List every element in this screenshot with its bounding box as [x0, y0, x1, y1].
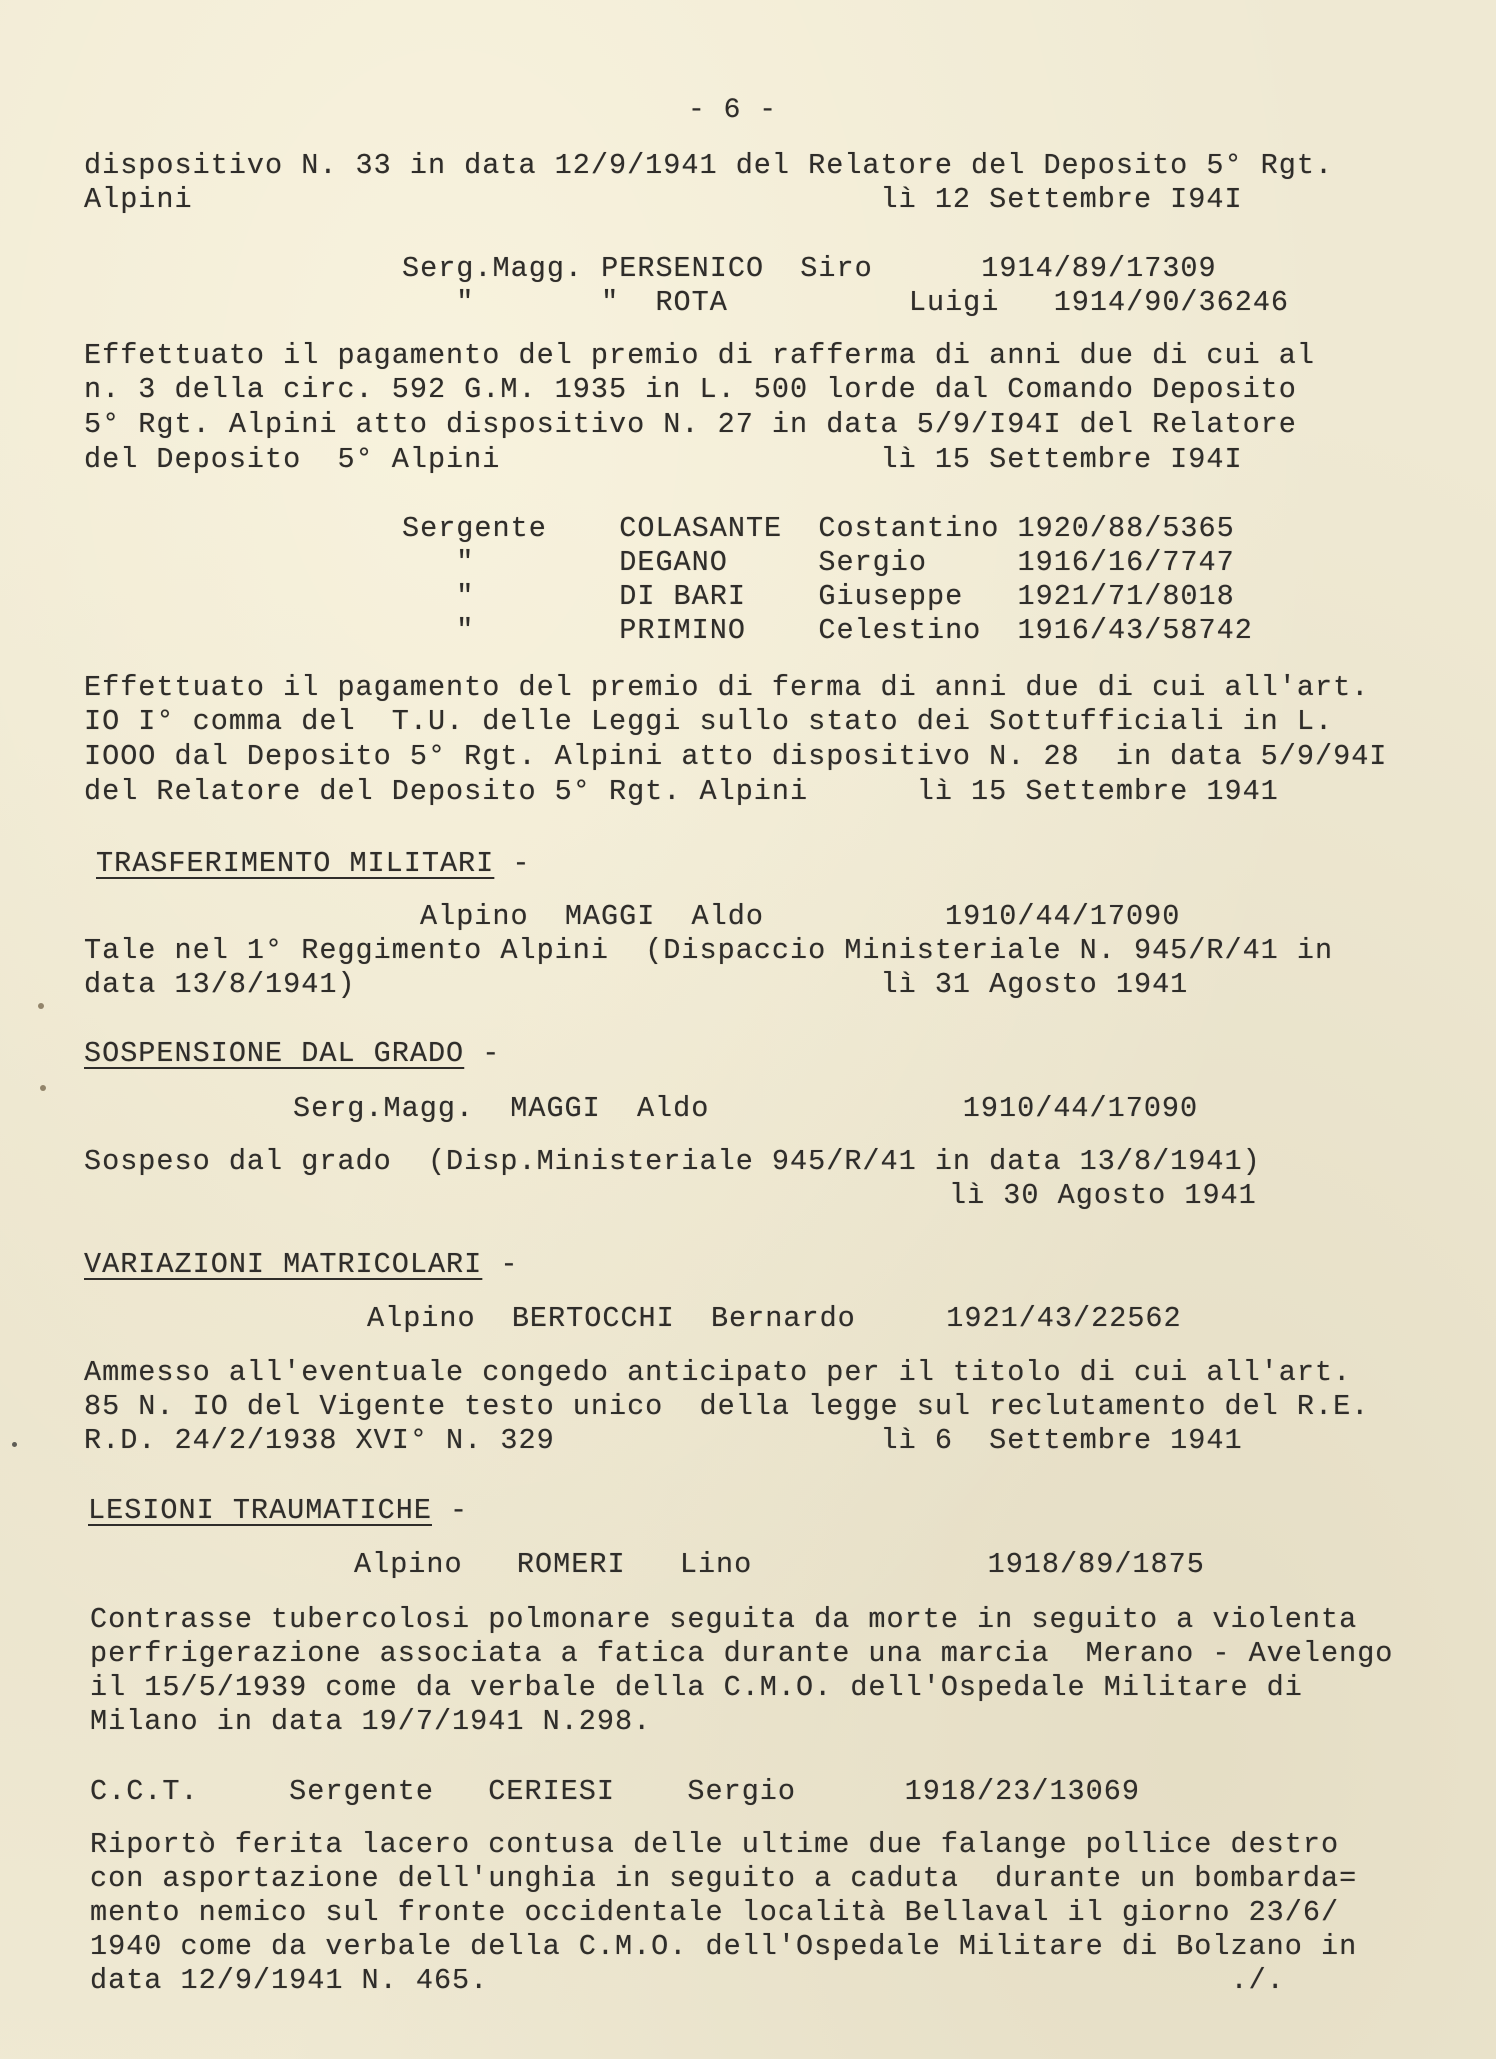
section-heading-sospensione: SOSPENSIONE DAL GRADO -: [84, 1037, 500, 1071]
heading-text: VARIAZIONI MATRICOLARI: [84, 1248, 482, 1281]
text-line: Effettuato il pagamento del premio di ra…: [84, 339, 1315, 373]
text-line: Ammesso all'eventuale congedo anticipato…: [84, 1356, 1351, 1390]
personnel-row: " " ROTA Luigi 1914/90/36246: [402, 286, 1289, 320]
text-line: del Deposito 5° Alpini lì 15 Settembre I…: [84, 443, 1243, 477]
text-line: Effettuato il pagamento del premio di fe…: [84, 671, 1369, 705]
text-line: del Relatore del Deposito 5° Rgt. Alpini…: [84, 775, 1279, 809]
text-line: perfrigerazione associata a fatica duran…: [90, 1637, 1393, 1671]
personnel-row: Alpino MAGGI Aldo 1910/44/17090: [420, 900, 1180, 934]
heading-text: SOSPENSIONE DAL GRADO: [84, 1037, 464, 1070]
personnel-row: Sergente COLASANTE Costantino 1920/88/53…: [402, 512, 1235, 546]
text-line: IO I° comma del T.U. delle Leggi sullo s…: [84, 705, 1333, 739]
personnel-row: Serg.Magg. PERSENICO Siro 1914/89/17309: [402, 252, 1217, 286]
text-line: Milano in data 19/7/1941 N.298.: [90, 1705, 651, 1739]
heading-dash: -: [482, 1248, 518, 1281]
heading-dash: -: [432, 1494, 468, 1527]
text-line: Contrasse tubercolosi polmonare seguita …: [90, 1603, 1357, 1637]
section-heading-variazioni: VARIAZIONI MATRICOLARI -: [84, 1248, 518, 1282]
text-line: dispositivo N. 33 in data 12/9/1941 del …: [84, 149, 1333, 183]
text-line: n. 3 della circ. 592 G.M. 1935 in L. 500…: [84, 373, 1297, 407]
text-line: mento nemico sul fronte occidentale loca…: [90, 1896, 1339, 1930]
text-line: con asportazione dell'unghia in seguito …: [90, 1862, 1357, 1896]
text-line: data 12/9/1941 N. 465. ./.: [90, 1964, 1285, 1998]
personnel-row: " PRIMINO Celestino 1916/43/58742: [402, 614, 1253, 648]
heading-dash: -: [464, 1037, 500, 1070]
page-number: - 6 -: [688, 94, 777, 128]
text-line: Riportò ferita lacero contusa delle ulti…: [90, 1828, 1339, 1862]
text-line: IOOO dal Deposito 5° Rgt. Alpini atto di…: [84, 740, 1387, 774]
personnel-row: " DEGANO Sergio 1916/16/7747: [402, 546, 1235, 580]
text-line: Tale nel 1° Reggimento Alpini (Dispaccio…: [84, 934, 1333, 968]
personnel-row: " DI BARI Giuseppe 1921/71/8018: [402, 580, 1235, 614]
personnel-row: Alpino ROMERI Lino 1918/89/1875: [354, 1548, 1205, 1582]
personnel-row: C.C.T. Sergente CERIESI Sergio 1918/23/1…: [90, 1775, 1140, 1809]
text-line: 85 N. IO del Vigente testo unico della l…: [84, 1390, 1369, 1424]
section-heading-lesioni: LESIONI TRAUMATICHE -: [88, 1494, 468, 1528]
text-line: il 15/5/1939 come da verbale della C.M.O…: [90, 1671, 1303, 1705]
ink-dot: [12, 1442, 17, 1447]
text-line: data 13/8/1941) lì 31 Agosto 1941: [84, 968, 1188, 1002]
text-line: Sospeso dal grado (Disp.Ministeriale 945…: [84, 1145, 1261, 1179]
text-line: R.D. 24/2/1938 XVI° N. 329 lì 6 Settembr…: [84, 1424, 1243, 1458]
text-line: lì 30 Agosto 1941: [949, 1179, 1257, 1213]
text-line: Alpini lì 12 Settembre I94I: [84, 183, 1243, 217]
text-line: 5° Rgt. Alpini atto dispositivo N. 27 in…: [84, 408, 1297, 442]
personnel-row: Serg.Magg. MAGGI Aldo 1910/44/17090: [293, 1092, 1198, 1126]
punch-hole-mark: [38, 1003, 44, 1009]
personnel-row: Alpino BERTOCCHI Bernardo 1921/43/22562: [367, 1302, 1182, 1336]
heading-text: LESIONI TRAUMATICHE: [88, 1494, 432, 1527]
text-line: 1940 come da verbale della C.M.O. dell'O…: [90, 1930, 1357, 1964]
heading-text: TRASFERIMENTO MILITARI: [96, 847, 494, 880]
typewritten-page: - 6 - dispositivo N. 33 in data 12/9/194…: [0, 0, 1496, 2059]
heading-dash: -: [494, 847, 530, 880]
section-heading-trasferimento: TRASFERIMENTO MILITARI -: [96, 847, 530, 881]
punch-hole-mark: [40, 1085, 46, 1091]
